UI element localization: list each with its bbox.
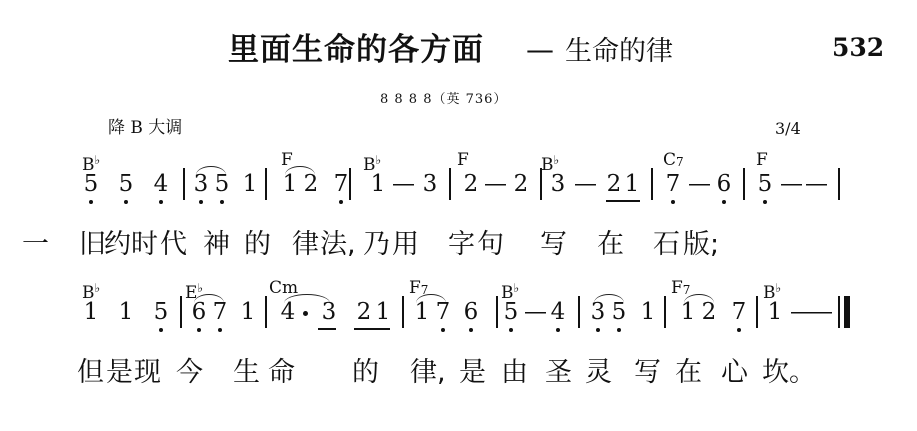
chord-symbol: C7 [663,150,684,172]
jianpu-note: 5 [118,170,134,198]
jianpu-note: 3 [550,170,566,198]
low-octave-dot-icon [469,328,473,332]
barline [578,296,580,328]
low-octave-dot-icon [220,200,224,204]
lyric-syllable: 是 [106,356,133,390]
flat-icon: ♭ [376,153,382,167]
sustain-dash: — [484,170,507,198]
flat-icon: ♭ [554,153,560,167]
slur-arc [416,294,446,303]
low-octave-dot-icon [556,328,560,332]
lyric-syllable: 命 [268,356,295,390]
low-octave-dot-icon [509,328,513,332]
low-octave-dot-icon [197,328,201,332]
lyric-syllable: 今 [176,356,203,390]
low-octave-dot-icon [671,200,675,204]
lyric-syllable: 的 [244,228,271,262]
augmentation-dot-icon [303,311,308,316]
slur-arc [196,166,226,175]
low-octave-dot-icon [339,200,343,204]
lyric-syllable: 律, [410,356,446,390]
chord-root: F [409,278,421,298]
low-octave-dot-icon [596,328,600,332]
low-octave-dot-icon [722,200,726,204]
key-signature: 降 B 大调 [108,116,182,140]
lyric-syllable: 乃 [363,228,390,262]
lyric-syllable: 法, [320,228,356,262]
lyric-syllable: 现 [134,356,161,390]
chord-root: F [756,150,768,170]
jianpu-note: 1 [640,298,656,326]
eighth-note-underline [318,328,336,330]
lyric-syllable: 写 [540,228,567,262]
jianpu-note: 3 [422,170,438,198]
lyric-syllable: 旧 [79,228,106,262]
jianpu-note: 2 [606,170,622,198]
lyric-syllable: 坎。 [762,356,816,390]
jianpu-note: 1 [240,298,256,326]
sustain-dash: — [810,298,833,326]
low-octave-dot-icon [199,200,203,204]
barline [496,296,498,328]
barline [743,168,745,200]
low-octave-dot-icon [218,328,222,332]
sustain-dash: — [524,298,547,326]
barline [265,296,267,328]
low-octave-dot-icon [441,328,445,332]
jianpu-note: 1 [375,298,391,326]
jianpu-note: 7 [731,298,747,326]
lyric-syllable: 但 [77,356,104,390]
flat-icon: ♭ [776,281,782,295]
chord-symbol: F [756,150,768,170]
lyric-syllable: 一 [22,228,49,262]
low-octave-dot-icon [159,328,163,332]
lyric-syllable: 句 [477,228,504,262]
lyric-syllable: 在 [675,356,702,390]
chord-root: F [671,278,683,298]
eighth-note-underline [354,328,390,330]
low-octave-dot-icon [159,200,163,204]
lyric-syllable: 由 [501,356,528,390]
final-barline [844,296,850,328]
sustain-dash: — [392,170,415,198]
jianpu-note: 5 [757,170,773,198]
jianpu-note: 4 [550,298,566,326]
flat-icon: ♭ [95,153,101,167]
lyric-syllable: 心 [721,356,748,390]
lyric-syllable: 字 [448,228,475,262]
jianpu-note: 1 [767,298,783,326]
lyric-syllable: 灵 [585,356,612,390]
jianpu-note: 5 [83,170,99,198]
hymn-title: 里面生命的各方面 [228,30,484,70]
lyric-syllable: 在 [597,228,624,262]
flat-icon: ♭ [95,281,101,295]
jianpu-note: 7 [665,170,681,198]
slur-arc [194,294,224,303]
low-octave-dot-icon [763,200,767,204]
lyric-syllable: 神 [203,228,230,262]
jianpu-note: 1 [242,170,258,198]
jianpu-note: 1 [118,298,134,326]
title-separator: — [526,30,554,70]
chord-extension: 7 [676,155,684,169]
sustain-dash: — [805,170,828,198]
barline [838,296,840,328]
slur-arc [594,294,624,303]
barline [664,296,666,328]
meter-label: 8 8 8 8（英 736） [380,90,507,110]
slur-arc [684,294,714,303]
barline [265,168,267,200]
sustain-dash: — [688,170,711,198]
lyric-syllable: 的 [352,356,379,390]
barline [402,296,404,328]
low-octave-dot-icon [89,200,93,204]
low-octave-dot-icon [124,200,128,204]
time-signature: 3/4 [775,118,801,140]
jianpu-note: 1 [624,170,640,198]
barline [540,168,542,200]
jianpu-note: 5 [503,298,519,326]
lyric-syllable: 圣 [545,356,572,390]
jianpu-note: 1 [83,298,99,326]
slur-arc [285,166,315,175]
lyric-syllable: 时 [131,228,158,262]
chord-root: F [457,150,469,170]
hymn-subtitle: 生命的律 [565,32,673,72]
lyric-syllable: 代 [160,228,187,262]
lyric-syllable: 律 [292,228,319,262]
barline [449,168,451,200]
jianpu-note: 1 [370,170,386,198]
low-octave-dot-icon [737,328,741,332]
sustain-dash: — [780,170,803,198]
lyric-syllable: 用 [392,228,419,262]
chord-symbol: F [457,150,469,170]
jianpu-note: 2 [356,298,372,326]
barline [180,296,182,328]
barline [838,168,840,200]
barline [651,168,653,200]
jianpu-note: 6 [716,170,732,198]
hymn-number: 532 [832,33,884,63]
lyric-syllable: 写 [634,356,661,390]
jianpu-note: 2 [463,170,479,198]
lyric-syllable: 版; [683,228,719,262]
lyric-syllable: 石 [653,228,680,262]
jianpu-note: 6 [463,298,479,326]
slur-arc [284,294,330,303]
barline [349,168,351,200]
eighth-note-underline [606,200,640,202]
jianpu-note: 5 [153,298,169,326]
barline [756,296,758,328]
lyric-syllable: 是 [459,356,486,390]
sustain-dash: — [574,170,597,198]
flat-icon: ♭ [197,281,203,295]
low-octave-dot-icon [617,328,621,332]
jianpu-note: 7 [333,170,349,198]
lyric-syllable: 约 [104,228,131,262]
jianpu-note: 4 [153,170,169,198]
lyric-syllable: 生 [233,356,260,390]
chord-root: C [663,150,676,170]
jianpu-note: 2 [513,170,529,198]
flat-icon: ♭ [514,281,520,295]
barline [183,168,185,200]
